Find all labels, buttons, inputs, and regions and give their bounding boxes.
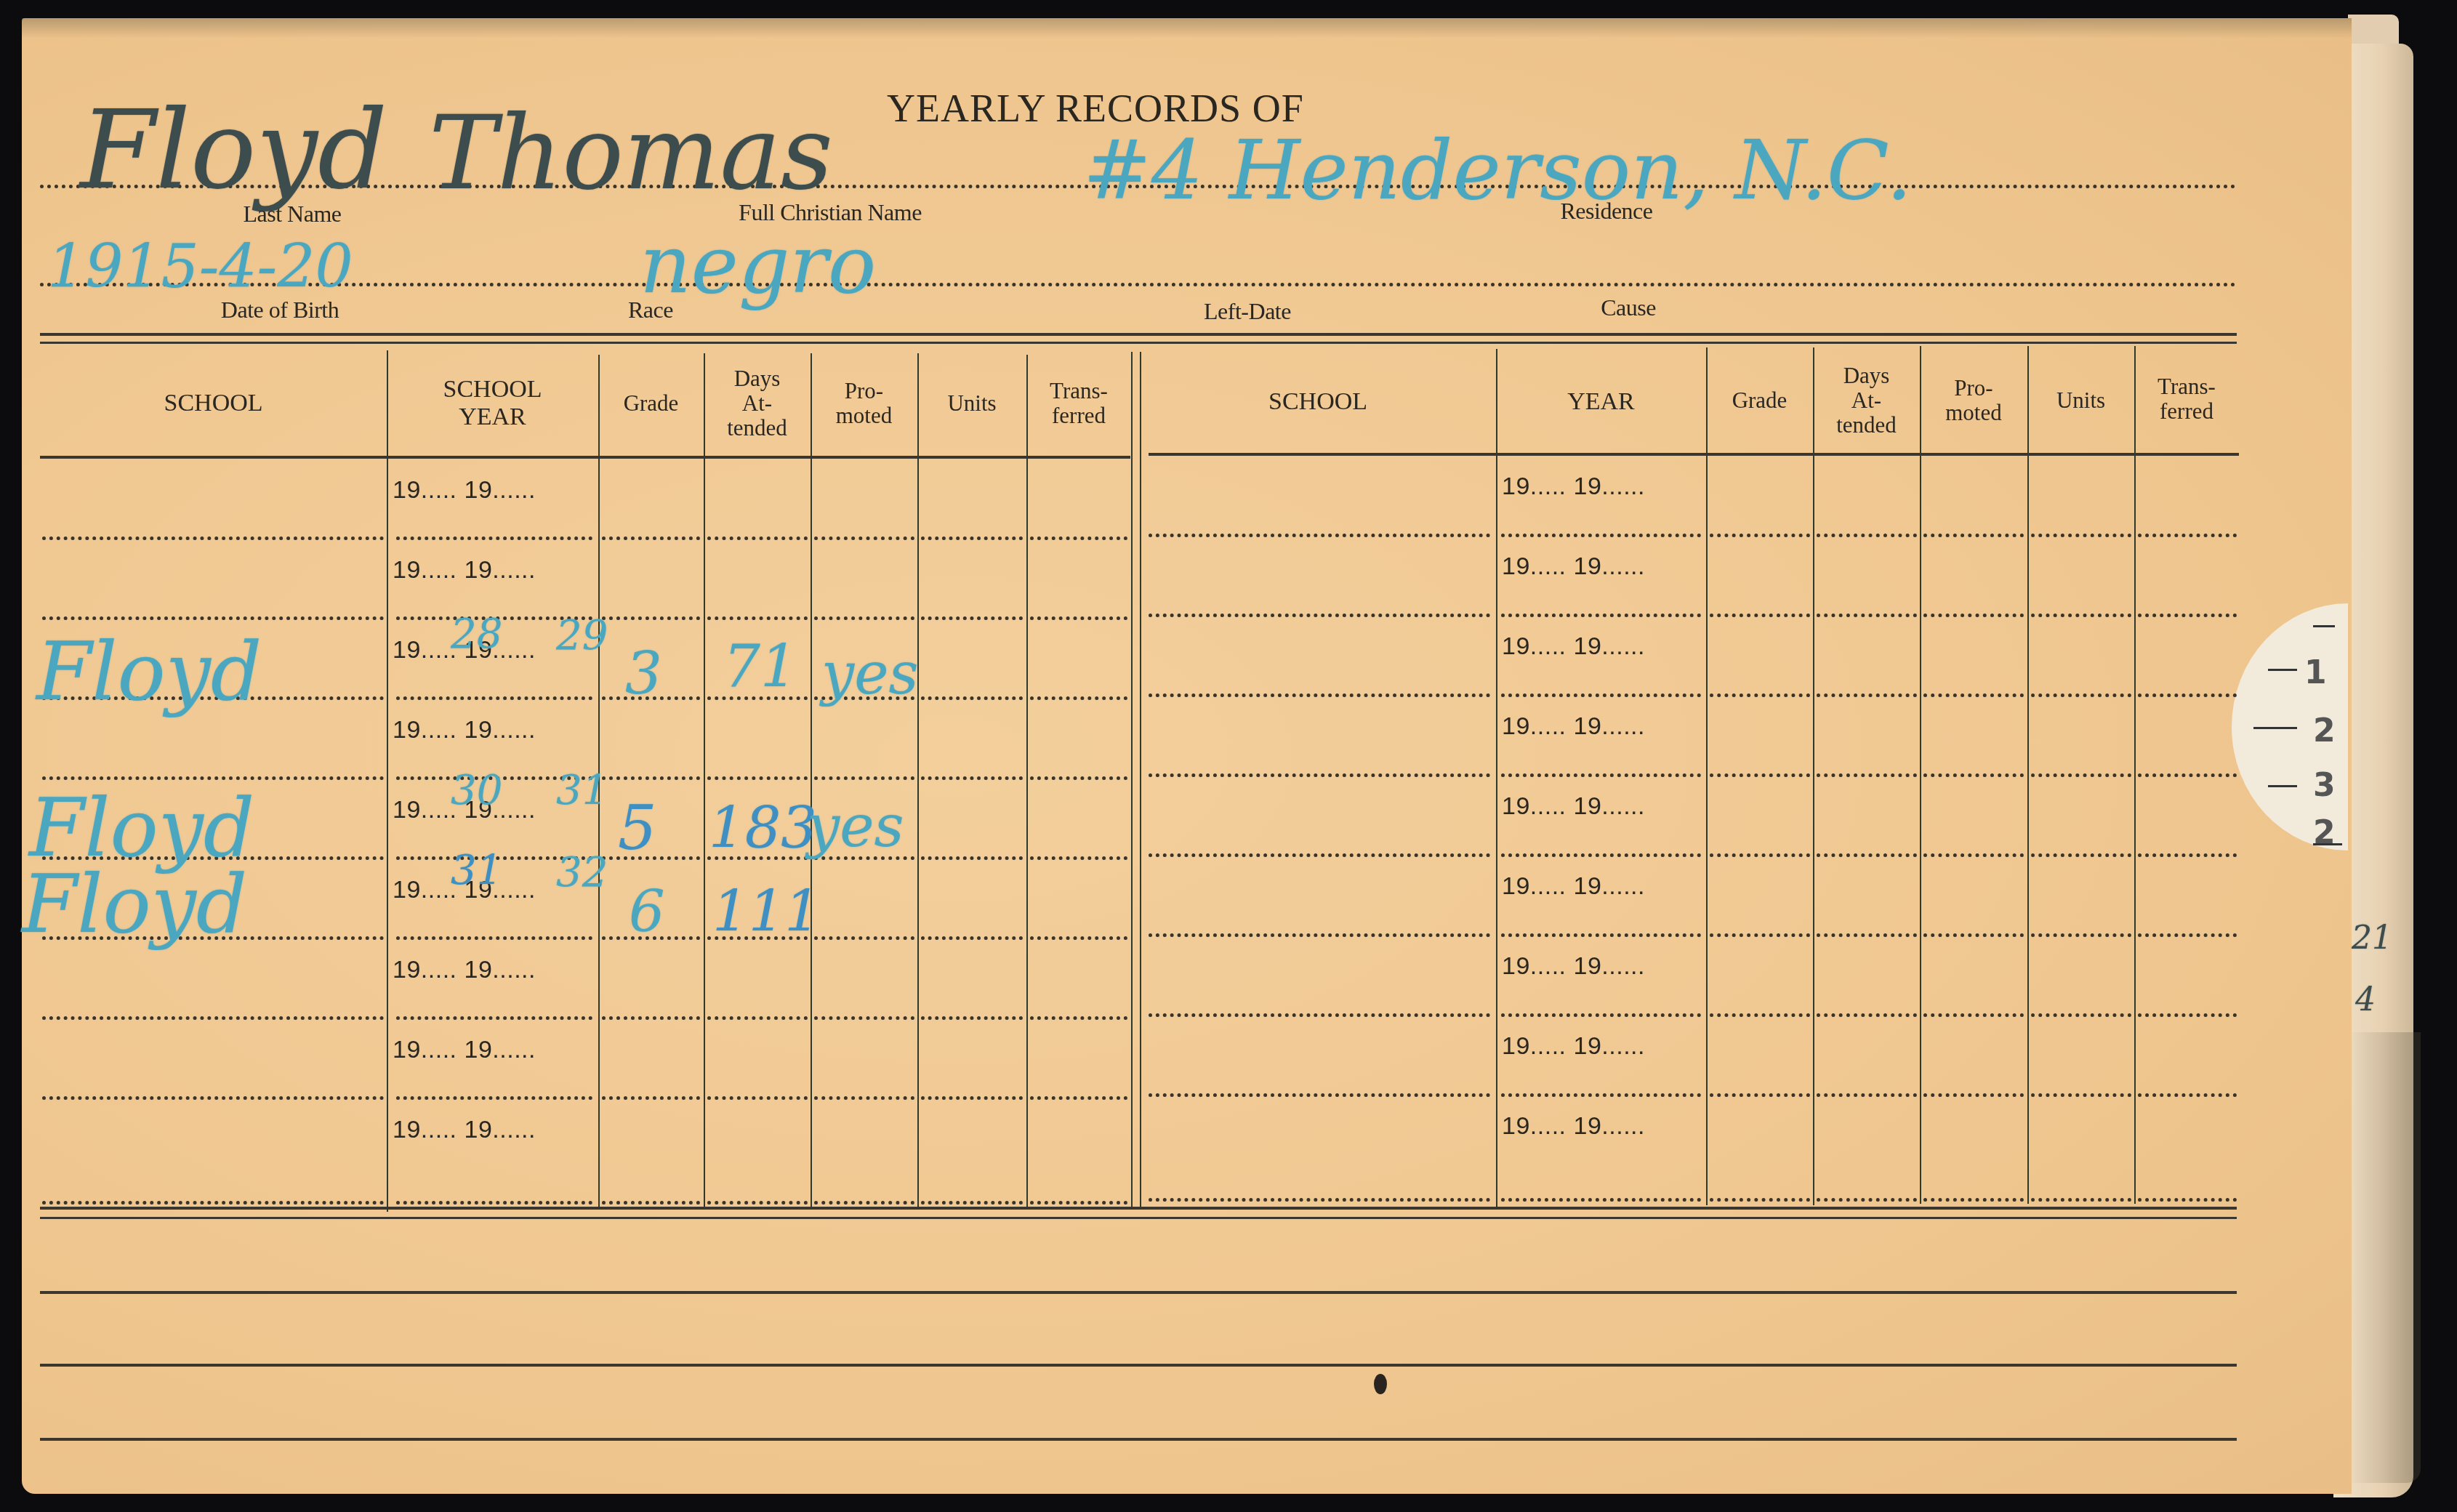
row-divider [2138,1093,2237,1097]
header-underline-left [40,456,1130,459]
row-divider [42,1016,384,1020]
row-divider [396,536,592,540]
row5-grade: 5 [618,792,656,864]
row6-grade: 6 [629,880,665,945]
year-field-right: 19..... 19...... [1502,472,1645,501]
row-divider [602,1016,700,1020]
dob-line [40,283,2237,286]
tab-mark: 2 [2313,712,2336,749]
year-field-right: 19..... 19...... [1502,792,1645,821]
row-divider [921,1096,1023,1100]
punch-mark [1374,1374,1387,1394]
row-divider [2138,1013,2237,1017]
row-divider [1817,614,1917,617]
header-rule-bottom [40,342,2237,344]
header-underline-right [1149,453,2239,456]
row-divider [921,856,1023,860]
row-divider [1149,773,1490,777]
row-divider [1030,696,1127,700]
col-divider [704,353,705,1207]
row-divider [1149,933,1490,937]
row-divider [602,1201,700,1205]
row-divider [814,1201,914,1205]
row-divider [1501,534,1701,537]
col-divider-double [1131,352,1133,1210]
tab-mark: 2 [2313,814,2336,851]
residence-value: #4 Henderson, N.C. [1083,124,1912,218]
row-divider [814,1016,914,1020]
row-divider [814,616,914,620]
row-divider [1030,776,1127,780]
school-year-field: 19..... 19...... [393,476,536,504]
row-divider [1501,614,1701,617]
year-field-right: 19..... 19...... [1502,712,1645,741]
row-divider [396,696,592,700]
row5-year-from: 30 [451,767,502,814]
year-field-right: 19..... 19...... [1502,632,1645,661]
school-year-field: 19..... 19...... [393,956,536,984]
row3-school: Floyd [36,625,262,718]
row-divider [814,1096,914,1100]
row-divider [42,1096,384,1100]
row-divider [1817,693,1917,697]
row-divider [1817,1013,1917,1017]
row-divider [1149,1013,1490,1017]
row6-school: Floyd [22,858,247,951]
row-divider [2031,1013,2131,1017]
row-divider [1710,1198,1810,1202]
row-divider [396,1096,592,1100]
row-divider [1923,853,2024,857]
row-divider [1923,1013,2024,1017]
row5-year-to: 31 [556,767,608,814]
th-days-attended-right: DaysAt-tended [1813,347,1920,454]
col-divider-double [1140,352,1141,1210]
row-divider [814,536,914,540]
col-divider [1920,346,1921,1204]
row-divider [1817,1093,1917,1097]
row-divider [1149,1093,1490,1097]
row-divider [1710,933,1810,937]
row-divider [1030,1096,1127,1100]
row-divider [1030,936,1127,940]
row-divider [1030,856,1127,860]
row-divider [1501,1198,1701,1202]
left-date-label: Left-Date [1204,298,1291,325]
row-divider [1501,1093,1701,1097]
row-divider [1923,614,2024,617]
row-divider [921,1016,1023,1020]
residence-label: Residence [1561,198,1653,225]
col-divider [1813,347,1814,1205]
card-top-wear [22,18,2352,39]
year-field-right: 19..... 19...... [1502,952,1645,981]
row-divider [1501,773,1701,777]
row-divider [1030,616,1127,620]
row6-days: 111 [712,880,821,945]
header-rule-top [40,333,2237,336]
col-divider [2134,346,2136,1204]
th-transferred-right: Trans-ferred [2134,346,2239,452]
row3-grade: 3 [625,640,662,707]
date-of-birth-label: Date of Birth [221,297,339,323]
th-grade: Grade [598,350,704,457]
th-days-attended: DaysAt-tended [704,350,811,457]
row-divider [602,536,700,540]
tab-mark: 21 [2352,920,2392,957]
th-units: Units [917,350,1026,457]
row-divider [2031,614,2131,617]
row-divider [707,1016,808,1020]
row5-promoted: yes [807,792,904,860]
row-divider [1501,933,1701,937]
row-divider [42,536,384,540]
th-promoted-right: Pro-moted [1920,347,2027,454]
row-divider [2031,534,2131,537]
row-divider [1149,614,1490,617]
table-bottom-rule-top [40,1207,2237,1210]
year-field-right: 19..... 19...... [1502,1112,1645,1141]
row-divider [1710,534,1810,537]
col-divider [1706,347,1708,1205]
last-name-value: Floyd [80,87,387,214]
th-transferred: Trans-ferred [1026,350,1131,457]
row-divider [42,1201,384,1205]
row-divider [814,936,914,940]
tab-mark: 3 [2313,767,2336,804]
row-divider [1817,933,1917,937]
last-name-label: Last Name [244,201,342,228]
row-divider [1817,1198,1917,1202]
notes-line [40,1364,2237,1367]
row-divider [814,776,914,780]
row-divider [2031,693,2131,697]
row-divider [1710,773,1810,777]
col-divider [811,353,812,1207]
row-divider [707,1201,808,1205]
th-year-right: YEAR [1496,349,1706,455]
row6-year-to: 32 [556,849,608,896]
date-of-birth-value: 1915-4-20 [47,233,353,302]
row-divider [921,776,1023,780]
row-divider [602,776,700,780]
col-divider [2027,346,2029,1204]
row5-days: 183 [709,796,817,861]
back-card-stain [2348,1032,2421,1483]
row-divider [396,1201,592,1205]
record-card [22,18,2352,1494]
row-divider [1923,534,2024,537]
row-divider [2031,1093,2131,1097]
row-divider [2031,853,2131,857]
row-divider [1030,1016,1127,1020]
row6-year-from: 31 [451,847,502,894]
row-divider [2138,534,2237,537]
row-divider [1710,853,1810,857]
th-grade-right: Grade [1706,347,1813,454]
row-divider [1923,773,2024,777]
christian-name-value: Thomas [429,94,833,213]
col-divider [917,353,919,1207]
row-divider [921,696,1023,700]
row-divider [1149,693,1490,697]
th-school-year: SCHOOLYEAR [387,350,598,457]
row-divider [707,536,808,540]
row-divider [707,1096,808,1100]
row-divider [42,776,384,780]
school-year-field: 19..... 19...... [393,556,536,584]
race-label: Race [628,297,673,323]
th-school-right: SCHOOL [1140,349,1496,455]
row3-days: 71 [723,632,797,700]
col-divider [1026,355,1028,1209]
row-divider [1501,853,1701,857]
col-divider [387,350,388,1212]
row-divider [921,616,1023,620]
tab-mark: 1 [2304,654,2327,691]
cause-label: Cause [1601,294,1656,321]
row-divider [1923,933,2024,937]
row-divider [396,1016,592,1020]
row-divider [602,1096,700,1100]
year-field-right: 19..... 19...... [1502,1032,1645,1061]
row-divider [1817,853,1917,857]
row-divider [2031,773,2131,777]
row-divider [707,776,808,780]
row-divider [1710,693,1810,697]
row-divider [1923,1198,2024,1202]
row-divider [1923,1093,2024,1097]
row3-year-to: 29 [556,612,608,659]
year-field-right: 19..... 19...... [1502,872,1645,901]
notes-line [40,1438,2237,1441]
row-divider [921,536,1023,540]
row3-year-from: 28 [451,611,502,658]
row-divider [602,616,700,620]
school-year-field: 19..... 19...... [393,1116,536,1144]
school-year-field: 19..... 19...... [393,1036,536,1064]
row-divider [1501,693,1701,697]
row-divider [396,936,592,940]
race-value: negro [640,218,876,311]
row-divider [921,936,1023,940]
year-field-right: 19..... 19...... [1502,552,1645,581]
row-divider [2138,773,2237,777]
th-promoted: Pro-moted [811,350,917,457]
school-year-field: 19..... 19...... [393,716,536,744]
row-divider [2138,853,2237,857]
row-divider [42,616,384,620]
col-divider [1496,349,1497,1207]
row-divider [1817,534,1917,537]
row-divider [1149,1198,1490,1202]
row-divider [1710,1013,1810,1017]
row-divider [707,616,808,620]
row-divider [2031,1198,2131,1202]
row-divider [1030,1201,1127,1205]
row-divider [1923,693,2024,697]
row-divider [1030,536,1127,540]
row-divider [1710,614,1810,617]
th-units-right: Units [2027,347,2134,454]
row-divider [921,1201,1023,1205]
row3-promoted: yes [821,640,919,707]
notes-line [40,1291,2237,1294]
tab-mark: 4 [2355,981,2376,1018]
row-divider [1710,1093,1810,1097]
row-divider [2031,933,2131,937]
row-divider [2138,933,2237,937]
row-divider [2138,1198,2237,1202]
table-bottom-rule-bottom [40,1217,2237,1219]
row-divider [2138,614,2237,617]
row-divider [1817,773,1917,777]
row-divider [1149,534,1490,537]
row-divider [1501,1013,1701,1017]
row-divider [1149,853,1490,857]
th-school: SCHOOL [40,350,387,457]
row-divider [2138,693,2237,697]
